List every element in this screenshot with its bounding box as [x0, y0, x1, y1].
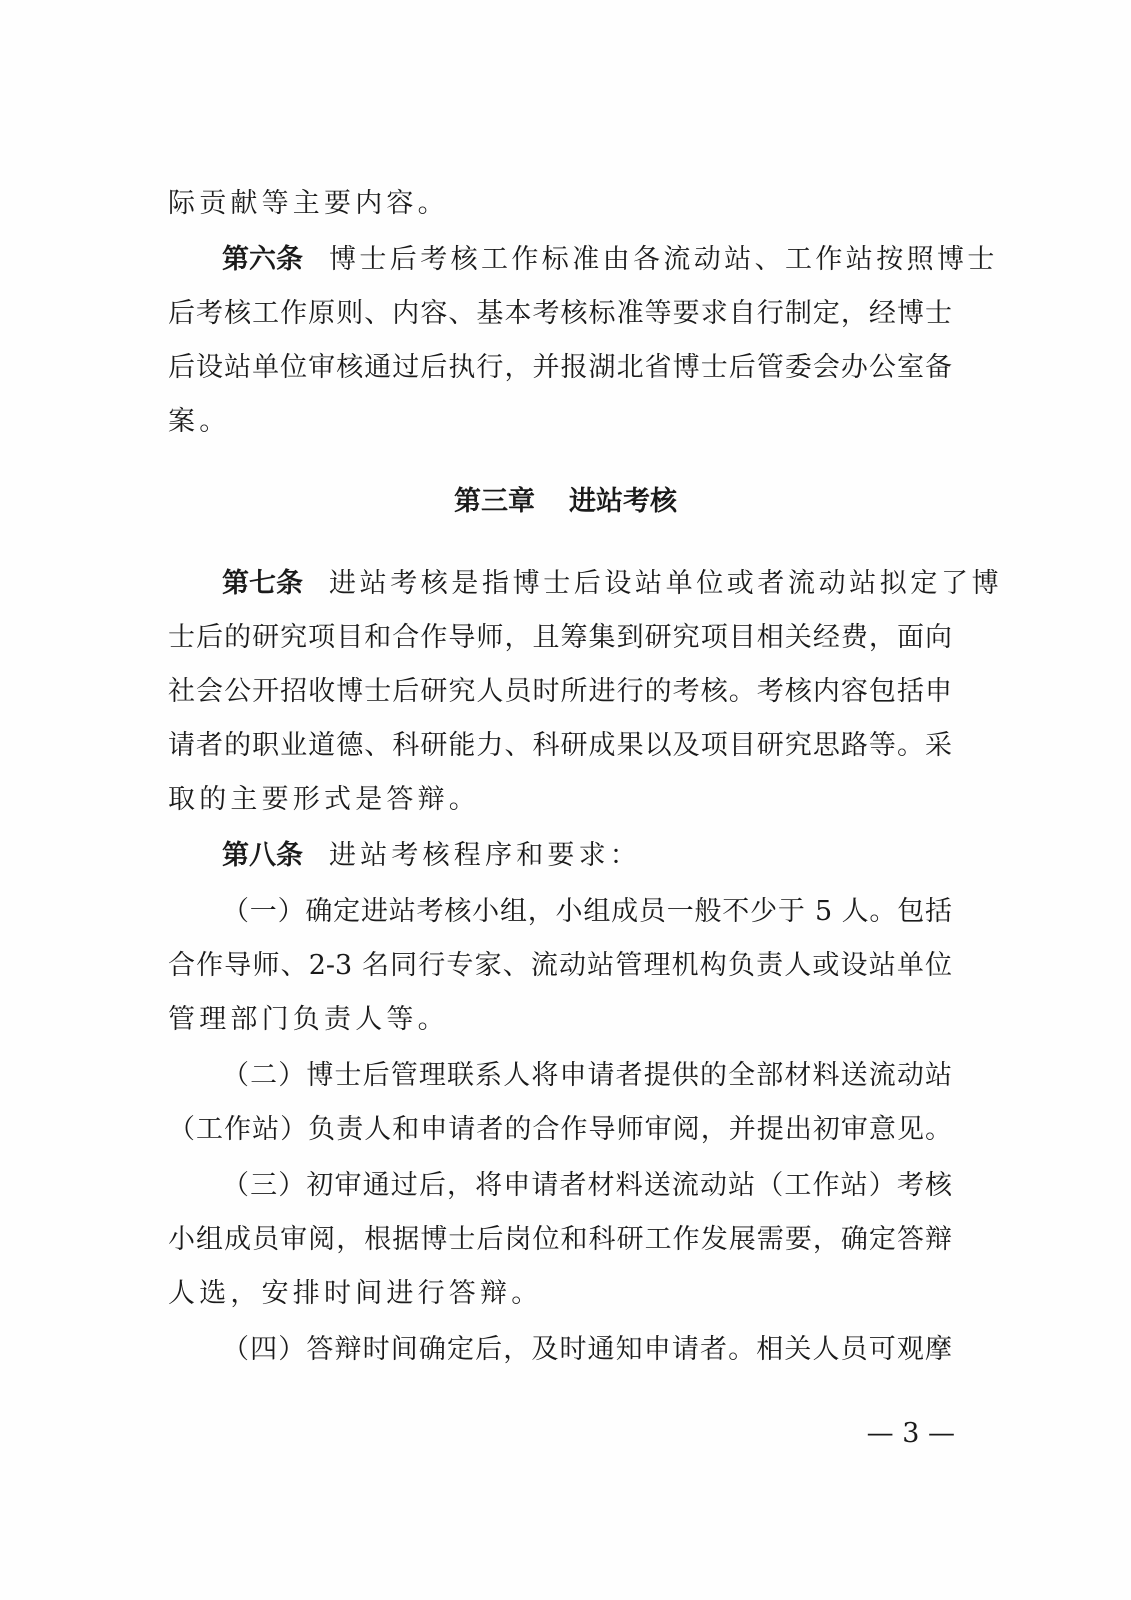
chapter-title: 进站考核: [569, 486, 677, 517]
article-7-line-5: 取的主要形式是答辩。: [168, 782, 952, 818]
item-3-line-1: （三）初审通过后，将申请者材料送流动站（工作站）考核: [222, 1168, 952, 1204]
item-4-line-1: （四）答辩时间确定后，及时通知申请者。相关人员可观摩: [222, 1332, 952, 1368]
item-1-line-1: （一）确定进站考核小组，小组成员一般不少于 5 人。包括: [222, 894, 952, 930]
article-8-line-1: 第八条进站考核程序和要求：: [222, 838, 952, 874]
article-6-line-1: 第六条博士后考核工作标准由各流动站、工作站按照博士: [222, 242, 952, 278]
document-page: 际贡献等主要内容。 第六条博士后考核工作标准由各流动站、工作站按照博士 后考核工…: [0, 0, 1131, 1600]
article-6-line-3: 后设站单位审核通过后执行，并报湖北省博士后管委会办公室备: [168, 350, 952, 386]
item-3-line-2: 小组成员审阅，根据博士后岗位和科研工作发展需要，确定答辩: [168, 1222, 952, 1258]
article-7-line-4: 请者的职业道德、科研能力、科研成果以及项目研究思路等。采: [168, 728, 952, 764]
article-6-title: 第六条: [222, 244, 303, 275]
article-7-line-2: 士后的研究项目和合作导师，且筹集到研究项目相关经费，面向: [168, 620, 952, 656]
item-3-line-3: 人选，安排时间进行答辩。: [168, 1276, 952, 1312]
item-2-line-2: （工作站）负责人和申请者的合作导师审阅，并提出初审意见。: [168, 1112, 952, 1148]
article-7-line-1: 第七条进站考核是指博士后设站单位或者流动站拟定了博: [222, 566, 952, 602]
item-1-line-3: 管理部门负责人等。: [168, 1002, 952, 1038]
article-8-title: 第八条: [222, 840, 303, 871]
article-6-line-2: 后考核工作原则、内容、基本考核标准等要求自行制定，经博士: [168, 296, 952, 332]
article-6-line-4: 案。: [168, 404, 952, 440]
chapter-number: 第三章: [454, 486, 535, 517]
article-7-line-3: 社会公开招收博士后研究人员时所进行的考核。考核内容包括申: [168, 674, 952, 710]
item-2-line-1: （二）博士后管理联系人将申请者提供的全部材料送流动站: [222, 1058, 952, 1094]
article-7-title: 第七条: [222, 568, 303, 599]
page-number: — 3 —: [867, 1416, 955, 1452]
chapter-heading: 第三章进站考核: [0, 484, 1131, 520]
item-1-line-2: 合作导师、2-3 名同行专家、流动站管理机构负责人或设站单位: [168, 948, 952, 984]
article-6-text-1: 博士后考核工作标准由各流动站、工作站按照博士: [329, 244, 998, 275]
article-8-intro: 进站考核程序和要求：: [329, 840, 641, 871]
article-7-text-1: 进站考核是指博士后设站单位或者流动站拟定了博: [329, 568, 1002, 599]
continuation-line: 际贡献等主要内容。: [168, 186, 952, 222]
